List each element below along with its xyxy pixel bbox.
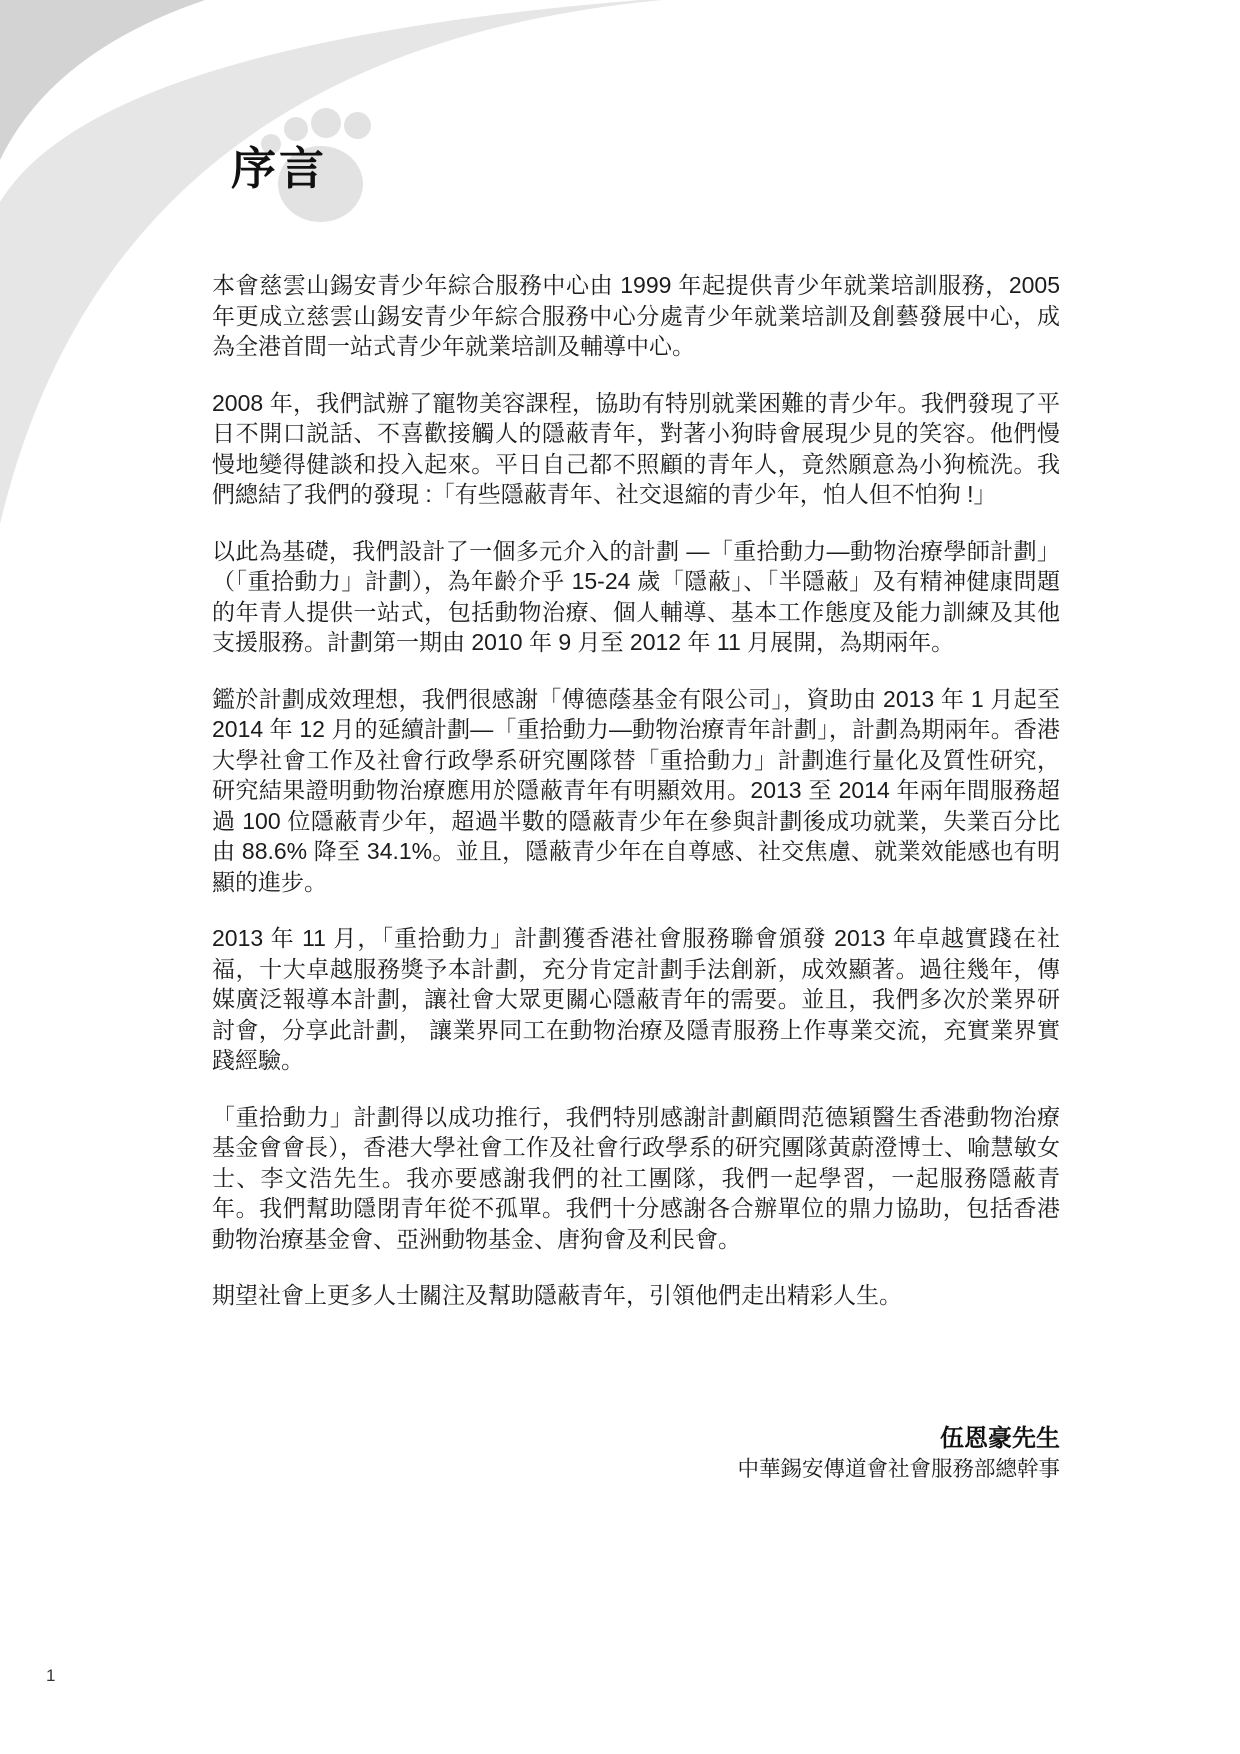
page-number: 1 <box>46 1666 55 1686</box>
paw-toe-circle <box>344 112 371 139</box>
preface-paragraph-5: 2013 年 11 月，「重拾動力」計劃獲香港社會服務聯會頒發 2013 年卓越… <box>212 923 1060 1076</box>
signature-block: 伍恩豪先生 中華錫安傳道會社會服務部總幹事 <box>212 1424 1060 1484</box>
preface-paragraph-4: 鑑於計劃成效理想，我們很感謝「傅德蔭基金有限公司」，資助由 2013 年 1 月… <box>212 684 1060 898</box>
paw-toe-circle <box>284 117 308 141</box>
preface-paragraph-6: 「重拾動力」計劃得以成功推行，我們特別感謝計劃顧問范德穎醫生香港動物治療基金會會… <box>212 1102 1060 1255</box>
preface-paragraph-3: 以此為基礎，我們設計了一個多元介入的計劃 —「重拾動力—動物治療學師計劃」（「重… <box>212 536 1060 658</box>
preface-paragraph-2: 2008 年，我們試辦了寵物美容課程，協助有特別就業困難的青少年。我們發現了平日… <box>212 388 1060 510</box>
paw-print-logo <box>0 0 420 260</box>
preface-body: 本會慈雲山錫安青少年綜合服務中心由 1999 年起提供青少年就業培訓服務，200… <box>212 270 1060 1337</box>
preface-paragraph-1: 本會慈雲山錫安青少年綜合服務中心由 1999 年起提供青少年就業培訓服務，200… <box>212 270 1060 362</box>
preface-paragraph-7: 期望社會上更多人士關注及幫助隱蔽青年，引領他們走出精彩人生。 <box>212 1280 1060 1311</box>
document-page: 序言 本會慈雲山錫安青少年綜合服務中心由 1999 年起提供青少年就業培訓服務，… <box>0 0 1240 1754</box>
signature-name: 伍恩豪先生 <box>212 1424 1060 1454</box>
paw-toe-circle <box>311 108 341 138</box>
page-title: 序言 <box>231 144 327 194</box>
signature-role: 中華錫安傳道會社會服務部總幹事 <box>212 1454 1060 1484</box>
